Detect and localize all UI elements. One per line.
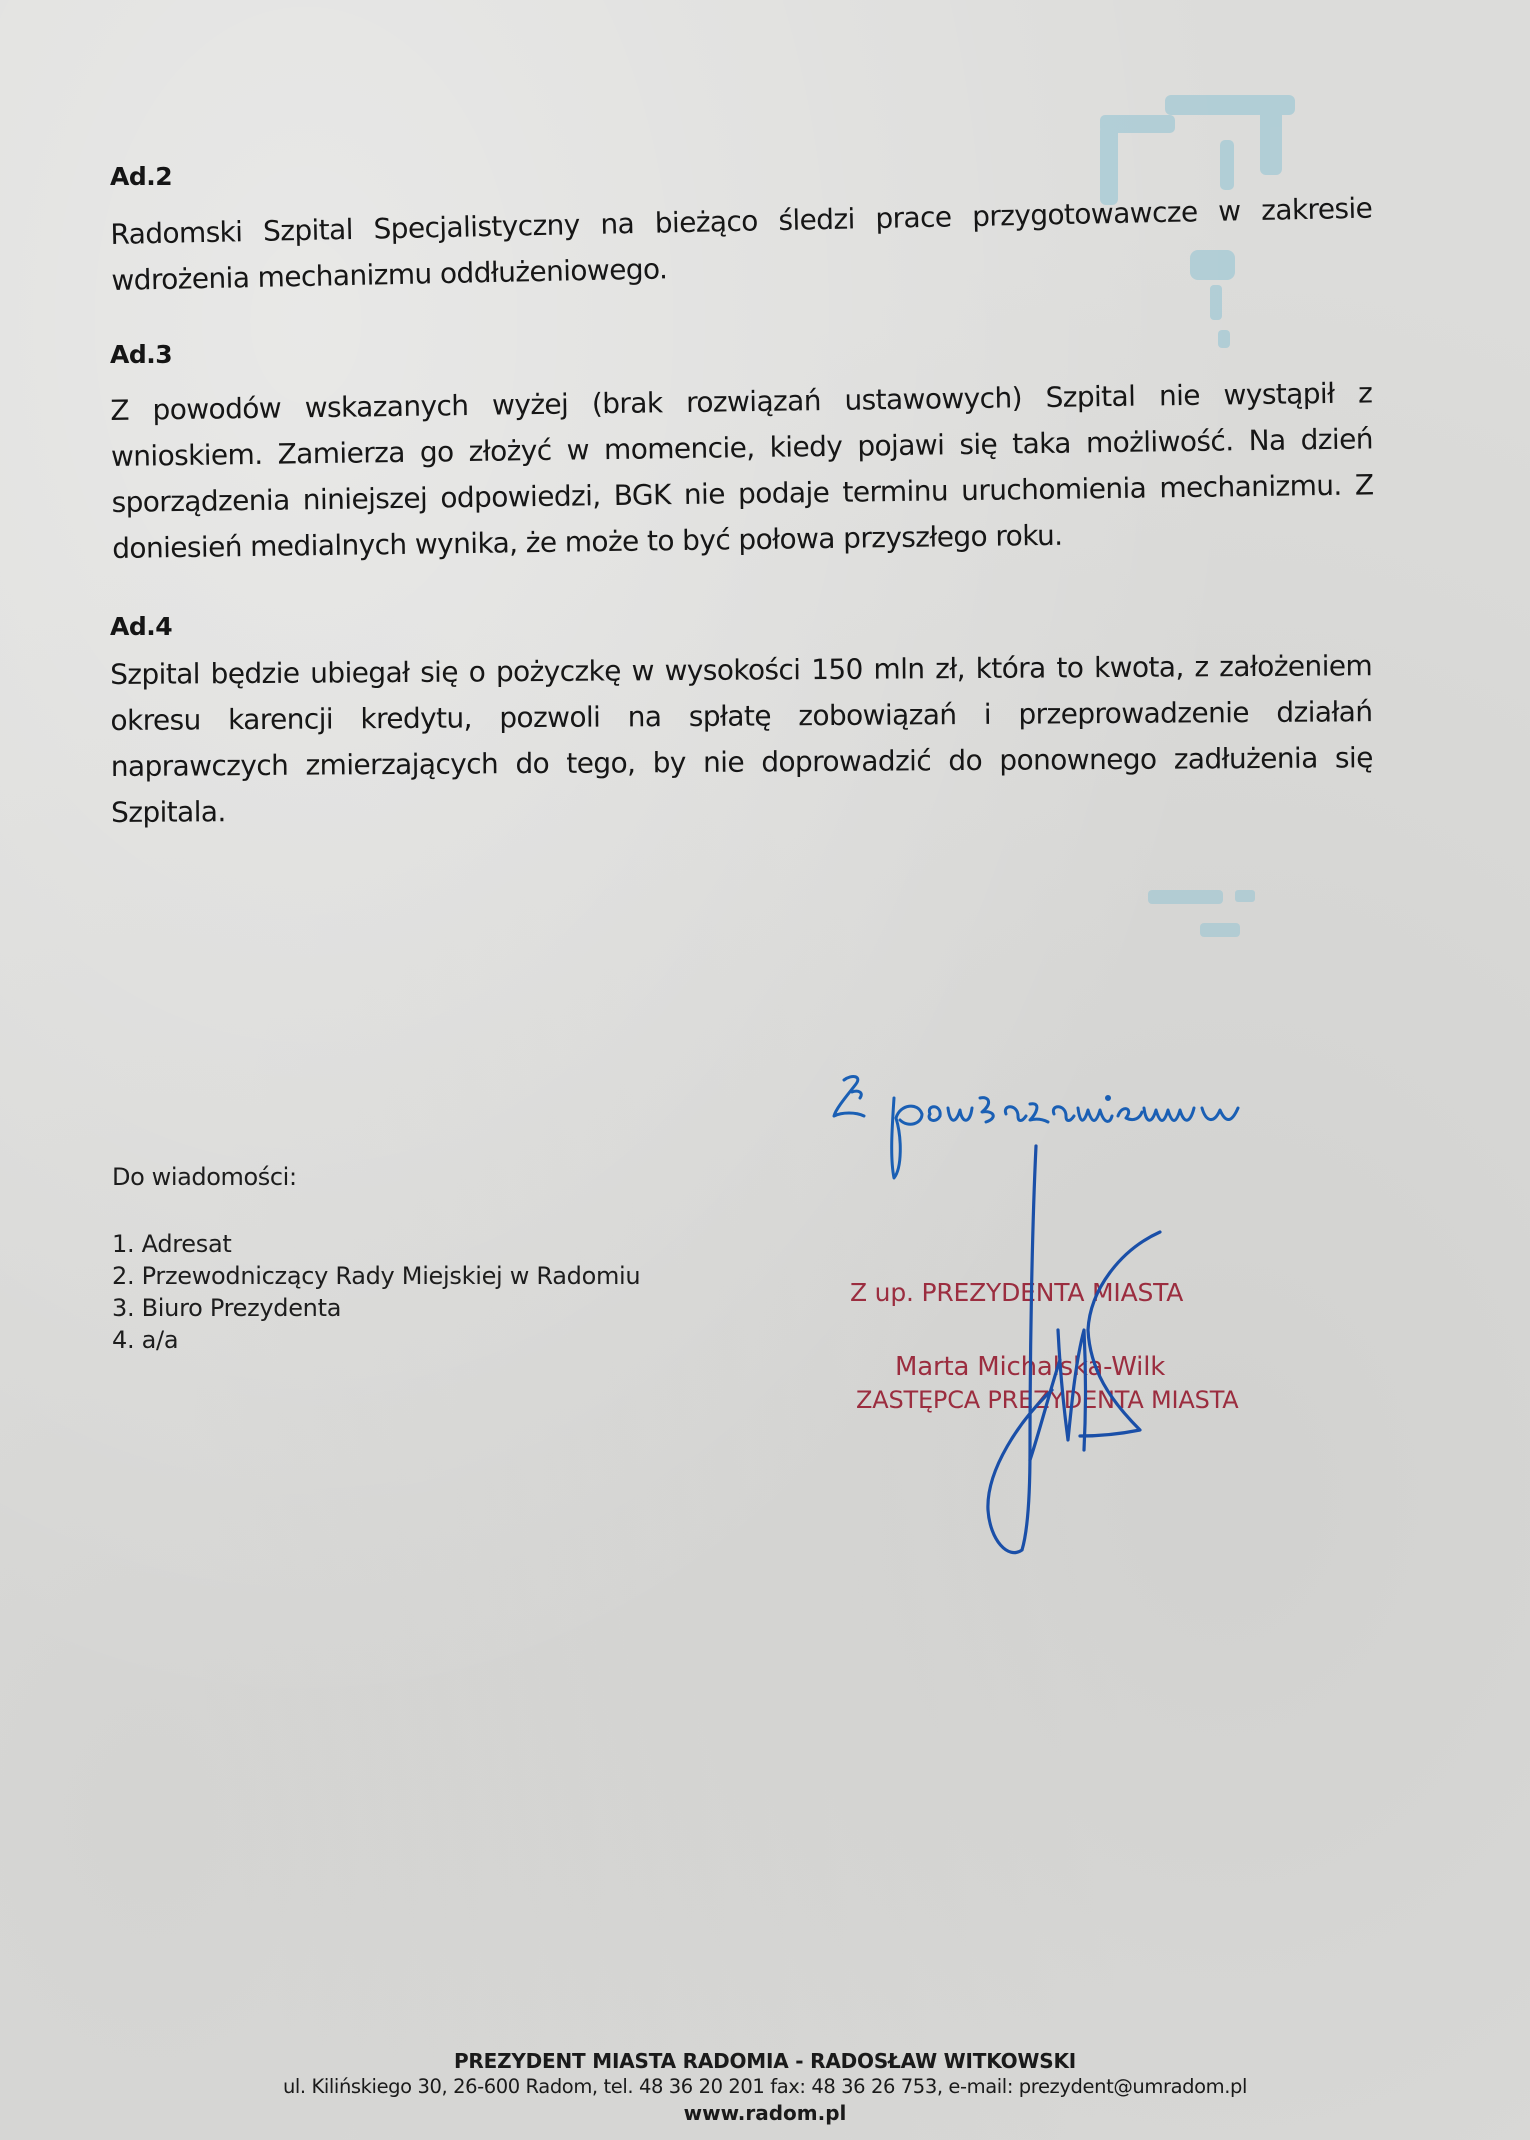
cc-item: 2. Przewodniczący Rady Miejskiej w Radom…	[112, 1260, 640, 1292]
footer-title: PREZYDENT MIASTA RADOMIA - RADOSŁAW WITK…	[0, 2048, 1530, 2074]
cc-item: 4. a/a	[112, 1324, 640, 1356]
cc-item: 3. Biuro Prezydenta	[112, 1292, 640, 1324]
cc-item: 1. Adresat	[112, 1228, 640, 1260]
section-heading: Ad.4	[110, 612, 172, 641]
handwritten-signature	[960, 1130, 1220, 1570]
cc-label: Do wiadomości:	[112, 1163, 297, 1191]
footer-website: www.radom.pl	[0, 2100, 1530, 2126]
letterhead-footer: PREZYDENT MIASTA RADOMIA - RADOSŁAW WITK…	[0, 2048, 1530, 2126]
section-heading: Ad.3	[110, 340, 172, 369]
section-paragraph: Radomski Szpital Specjalistyczny na bież…	[110, 186, 1374, 304]
cc-list: 1. Adresat 2. Przewodniczący Rady Miejsk…	[112, 1228, 640, 1356]
section-paragraph: Z powodów wskazanych wyżej (brak rozwiąz…	[110, 370, 1374, 572]
section-heading: Ad.2	[110, 162, 172, 191]
footer-address: ul. Kilińskiego 30, 26-600 Radom, tel. 4…	[0, 2074, 1530, 2100]
section-paragraph: Szpital będzie ubiegał się o pożyczkę w …	[110, 643, 1373, 836]
ghost-stamp-mark	[1140, 885, 1290, 945]
letter-page: Ad.2 Radomski Szpital Specjalistyczny na…	[0, 0, 1530, 2140]
